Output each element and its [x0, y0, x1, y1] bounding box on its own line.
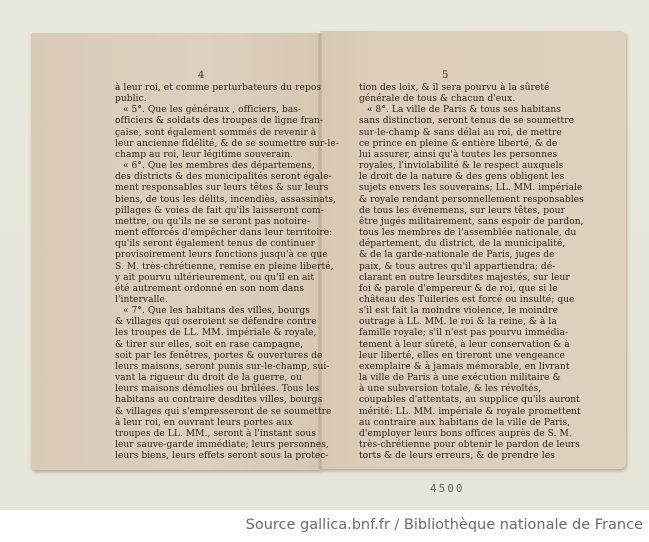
text-line: ment efforcés d'empêcher dans leur terri… — [115, 228, 291, 239]
text-line: s'il est fait la moindre violence, le mo… — [359, 306, 537, 317]
text-line: pillages & voies de fait qu'ils laissero… — [115, 206, 291, 217]
text-line: le droit de la nature & des gens obligen… — [359, 172, 537, 183]
text-line: leurs biens, leurs effets seront sous la… — [115, 451, 291, 462]
text-line: y ait pourvu ultérieurement, ou qu'il en… — [115, 273, 291, 284]
text-line: çaise, sont également sommés de revenir … — [115, 128, 291, 139]
text-line: leur sauve-garde immédiate; leurs person… — [115, 440, 291, 451]
text-line: clarant en outre leursdites majestés, su… — [359, 273, 537, 284]
text-line: la ville de Paris à une exécution milita… — [359, 373, 537, 384]
text-line: au contraire aux habitans de la ville de… — [359, 418, 537, 429]
text-line: qu'ils seront également tenus de continu… — [115, 239, 291, 250]
text-line: soit par les fenêtres, portes & ouvertur… — [115, 351, 291, 362]
text-line: d'employer leurs bons offices auprès de … — [359, 429, 537, 440]
text-line: foi & parole d'empereur & de roi, que si… — [359, 284, 537, 295]
text-line: S. M. très-chrétienne, remise en pleine … — [115, 262, 291, 273]
text-line: provisoirement leurs fonctions jusqu'à c… — [115, 250, 291, 261]
text-line: & tirer sur elles, soit en rase campagne… — [115, 340, 291, 351]
text-line: château des Tuileries est forcé ou insul… — [359, 295, 537, 306]
text-line: à une subversion totale, & les révoltés, — [359, 384, 537, 395]
text-line: famille royale; s'il n'est pas pourvu im… — [359, 328, 537, 339]
text-line: leur liberté, elles en tireront une veng… — [359, 351, 537, 362]
text-line: « 7°. Que les habitans des villes, bourg… — [115, 306, 291, 317]
text-line: leurs maisons, seront punis sur-le-champ… — [115, 362, 291, 373]
text-line: leur ancienne fidélité, & de se soumettr… — [115, 139, 291, 150]
left-page-text: à leur roi, et comme perturbateurs du re… — [115, 83, 291, 462]
text-line: mettre, ou qu'ils ne se seront pas notoi… — [115, 217, 291, 228]
shelfmark-number: 4500 — [430, 482, 465, 495]
text-line: l'intervalle. — [115, 295, 291, 306]
text-line: vant la rigueur du droit de la guerre, o… — [115, 373, 291, 384]
text-line: générale de tous & chacun d'eux. — [359, 94, 537, 105]
text-line: lui assurer, ainsi qu'à toutes les perso… — [359, 150, 537, 161]
text-line: leurs maisons démolies ou brûlées. Tous … — [115, 384, 291, 395]
right-page-number: 5 — [442, 70, 448, 81]
text-line: ment responsables sur leurs têtes & sur … — [115, 183, 291, 194]
text-line: & villages qui s'empresseront de se soum… — [115, 407, 291, 418]
text-line: « 8°. La ville de Paris & tous ses habit… — [359, 105, 537, 116]
text-line: des districts & des municipalités seront… — [115, 172, 291, 183]
text-line: ce prince en pleine & entière liberté, &… — [359, 139, 537, 150]
text-line: de tous les événemens, sur leurs têtes, … — [359, 206, 537, 217]
text-line: tion des loix, & il sera pourvu à la sûr… — [359, 83, 537, 94]
text-line: sujets envers les souverains; LL. MM. im… — [359, 183, 537, 194]
text-line: très-chrétienne pour obtenir le pardon d… — [359, 440, 537, 451]
text-line: sans distinction, seront tenus de se sou… — [359, 116, 537, 127]
text-line: paix, & tous autres qu'il appartiendra; … — [359, 262, 537, 273]
text-line: habitans au contraire desdites villes, b… — [115, 395, 291, 406]
text-line: public. — [115, 94, 291, 105]
text-line: à leur roi, en ouvrant leurs portes aux — [115, 418, 291, 429]
text-line: & de la garde-nationale de Paris, juges … — [359, 250, 537, 261]
text-line: tement à leur sûreté, à leur conservatio… — [359, 340, 537, 351]
source-credit: Source gallica.bnf.fr / Bibliothèque nat… — [246, 517, 643, 533]
text-line: biens, de tous les délits, incendiès, as… — [115, 195, 291, 206]
text-line: été autrement ordonné en son nom dans — [115, 284, 291, 295]
left-page-number: 4 — [198, 70, 204, 81]
text-line: troupes de LL. MM., seront à l'instant s… — [115, 429, 291, 440]
text-line: les troupes de LL. MM. impériale & royal… — [115, 328, 291, 339]
text-line: torts & de leurs erreurs, & de prendre l… — [359, 451, 537, 462]
text-line: département, du district, de la municipa… — [359, 239, 537, 250]
right-page-text: tion des loix, & il sera pourvu à la sûr… — [359, 83, 537, 462]
text-line: officiers & soldats des troupes de ligne… — [115, 116, 291, 127]
text-line: sur-le-champ & sans délai au roi, de met… — [359, 128, 537, 139]
text-line: être jugés militairement, sans espoir de… — [359, 217, 537, 228]
text-line: mérité: LL. MM. impériale & royale prome… — [359, 407, 537, 418]
text-line: « 6°. Que les membres des départemens, — [115, 161, 291, 172]
text-line: royales, l'inviolabilité & le respect au… — [359, 161, 537, 172]
text-line: tous les membres de l'assemblée national… — [359, 228, 537, 239]
text-line: coupables d'attentats, au supplice qu'il… — [359, 395, 537, 406]
text-line: exemplaire & à jamais mémorable, en livr… — [359, 362, 537, 373]
text-line: à leur roi, et comme perturbateurs du re… — [115, 83, 291, 94]
text-line: & villages qui oseroient se défendre con… — [115, 317, 291, 328]
text-line: « 5°. Que les généraux , officiers, bas- — [115, 105, 291, 116]
text-line: outrage à LL. MM. le roi & la reine, & à… — [359, 317, 537, 328]
text-line: champ au roi, leur légitime souverain. — [115, 150, 291, 161]
text-line: & royale rendant personnellement respons… — [359, 195, 537, 206]
